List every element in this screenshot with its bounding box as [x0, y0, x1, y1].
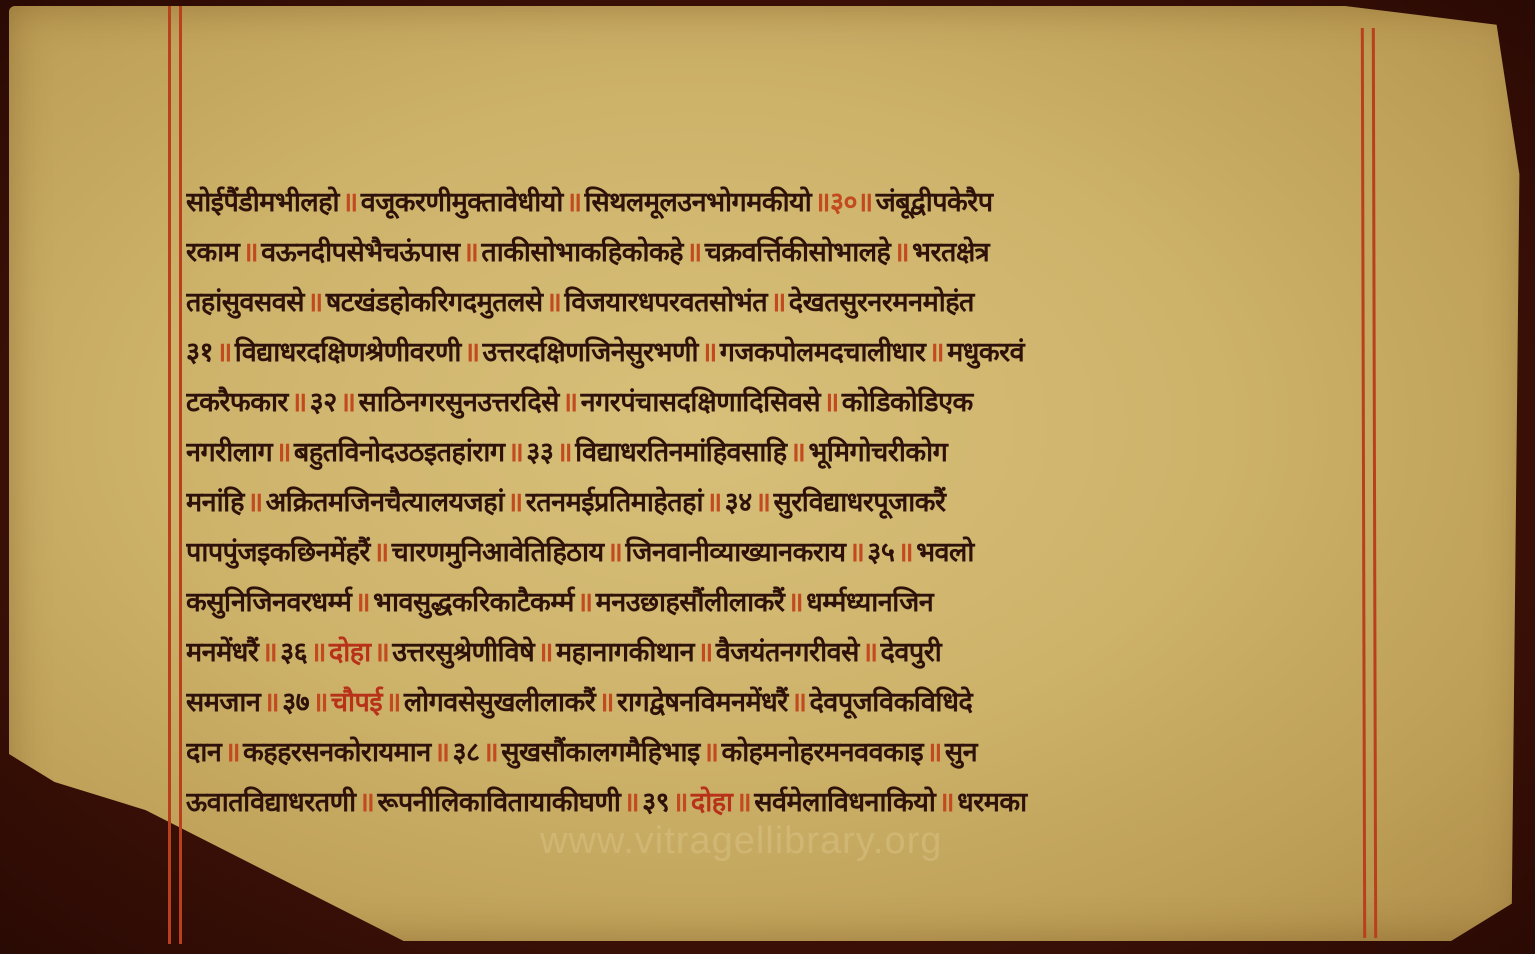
text-segment: वैजयंतनगरीवसे	[716, 637, 859, 668]
verse-separator: ॥	[373, 537, 389, 568]
manuscript-line: तहांसुवसवसे॥षटखंडहोकरिगदमुतलसे॥विजयारधपर…	[186, 278, 1358, 328]
verse-separator: ॥	[307, 287, 323, 318]
text-segment: देखतसुरनरमनमोहंत	[789, 287, 974, 318]
watermark: www.vitragellibrary.org	[540, 820, 942, 863]
text-segment: बहुतविनोदउठइतहांराग	[294, 437, 505, 468]
verse-separator: ॥	[562, 387, 578, 418]
manuscript-line: टकरैफकार॥३२॥साठिनगरसुनउत्तरदिसे॥नगरपंचास…	[186, 378, 1358, 428]
verse-separator: ॥	[359, 787, 375, 818]
verse-separator: ॥	[862, 637, 878, 668]
text-segment: चारणमुनिआवेतिहिठाय	[392, 537, 604, 568]
text-segment: लोगवसेसुखलीलाकरैं	[404, 687, 595, 718]
verse-separator: ॥	[607, 537, 623, 568]
manuscript-line: नगरीलाग॥बहुतविनोदउठइतहांराग॥३३॥विद्याधरत…	[186, 428, 1358, 478]
text-segment: ३३	[526, 437, 553, 468]
verse-separator: ॥	[893, 237, 909, 268]
text-segment: धर्म्मध्यानजिन	[806, 587, 933, 618]
verse-separator: ॥	[697, 637, 713, 668]
text-segment: जिनवानीव्याख्यानकराय	[625, 537, 845, 568]
text-segment: रूपनीलिकावितायाकीघणी	[377, 787, 620, 818]
text-segment: कोडिकोडिएक	[842, 387, 973, 418]
verse-separator: ॥	[434, 737, 450, 768]
manuscript-line: समजान॥३७॥चौपई॥लोगवसेसुखलीलाकरैं॥रागद्वेष…	[186, 678, 1358, 728]
text-segment: धरमका	[957, 787, 1027, 818]
rubric-heading: दोहा	[691, 787, 733, 818]
text-segment: टकरैफकार	[186, 387, 288, 418]
text-segment: ३९	[642, 787, 669, 818]
verse-separator: ॥	[275, 437, 291, 468]
text-segment: अक्रितमजिनचैत्यालयजहां	[266, 487, 504, 518]
text-segment: ३६	[280, 637, 307, 668]
verse-separator: ॥	[577, 587, 593, 618]
verse-separator: ॥	[508, 437, 524, 468]
verse-separator: ॥	[464, 337, 480, 368]
verse-separator: ॥	[342, 187, 358, 218]
text-segment: सुन	[945, 737, 977, 768]
manuscript-line: मनमेंधरैं॥३६॥दोहा॥उत्तरसुश्रेणीविषे॥महान…	[186, 628, 1358, 678]
verse-separator: ॥	[354, 587, 370, 618]
text-segment: उत्तरसुश्रेणीविषे	[392, 637, 534, 668]
verse-separator: ॥	[701, 337, 717, 368]
verse-separator: ॥	[770, 287, 786, 318]
text-segment: कोहमनोहरमनववकाइ	[721, 737, 923, 768]
text-segment: मनउछाहसौंलीलाकरैं	[596, 587, 785, 618]
verse-separator: ॥	[546, 287, 562, 318]
text-segment: मनांहि	[186, 487, 244, 518]
text-segment: ३८	[452, 737, 479, 768]
text-segment: भवलो	[916, 537, 974, 568]
verse-separator: ॥	[224, 737, 240, 768]
text-segment: विद्याधरतिनमांहिवसाहि	[575, 437, 787, 468]
verse-separator: ॥	[463, 237, 479, 268]
text-segment: वऊनदीपसेभैचऊंपास	[261, 237, 460, 268]
text-segment: विद्याधरदक्षिणश्रेणीवरणी	[235, 337, 461, 368]
verse-separator: ॥	[736, 787, 752, 818]
verse-separator: ॥	[672, 787, 688, 818]
text-segment: नगरीलाग	[186, 437, 272, 468]
text-segment: तहांसुवसवसे	[186, 287, 304, 318]
verse-separator: ॥	[823, 387, 839, 418]
verse-separator: ॥	[385, 687, 401, 718]
verse-separator: ॥	[938, 787, 954, 818]
text-segment: भूमिगोचरीकोग	[808, 437, 947, 468]
manuscript-line: सोईपैंडीमभीलहो॥वजूकरणीमुक्तावेधीयो॥सिथलम…	[186, 178, 1358, 228]
verse-separator: ॥	[787, 587, 803, 618]
text-segment: ३४	[725, 487, 752, 518]
text-segment: ३२	[310, 387, 337, 418]
verse-separator: ॥	[261, 637, 277, 668]
verse-separator: ॥	[755, 487, 771, 518]
text-segment: समजान	[186, 687, 260, 718]
text-segment: भरतक्षेत्र	[912, 237, 989, 268]
text-segment: दान	[186, 737, 221, 768]
verse-separator: ॥	[598, 687, 614, 718]
left-margin-rule-inner	[179, 6, 182, 944]
text-segment: गजकपोलमदचालीधार	[720, 337, 926, 368]
manuscript-text-block: सोईपैंडीमभीलहो॥वजूकरणीमुक्तावेधीयो॥सिथलम…	[186, 178, 1358, 828]
verse-separator: ॥	[340, 387, 356, 418]
text-segment: नगरपंचासदक्षिणादिसिवसे	[581, 387, 821, 418]
verse-separator: ॥	[247, 487, 263, 518]
verse-separator: ॥	[312, 687, 328, 718]
verse-separator: ॥	[928, 337, 944, 368]
manuscript-line: मनांहि॥अक्रितमजिनचैत्यालयजहां॥रतनमईप्रति…	[186, 478, 1358, 528]
manuscript-line: रकाम॥वऊनदीपसेभैचऊंपास॥ताकीसोभाकहिकोकहे॥च…	[186, 228, 1358, 278]
text-segment: साठिनगरसुनउत्तरदिसे	[358, 387, 558, 418]
verse-separator: ॥	[623, 787, 639, 818]
verse-separator: ॥	[263, 687, 279, 718]
text-segment: कहहरसनकोरायमान	[243, 737, 431, 768]
text-segment: सर्वमेलाविधनाकियो	[754, 787, 935, 818]
text-segment: ३५	[867, 537, 894, 568]
verse-separator: ॥	[556, 437, 572, 468]
text-segment: कसुनिजिनवरधर्म्म	[186, 587, 351, 618]
verse-separator: ॥	[507, 487, 523, 518]
text-segment: रकाम	[186, 237, 239, 268]
text-segment: रागद्वेषनविमनमेंधरैं	[617, 687, 788, 718]
verse-separator: ॥	[897, 537, 913, 568]
rubric-heading: चौपई	[331, 687, 382, 718]
verse-separator: ॥३०॥	[814, 187, 872, 218]
text-segment: सुरविद्याधरपूजाकरैं	[773, 487, 945, 518]
text-segment: देवपुरी	[881, 637, 942, 668]
verse-separator: ॥	[706, 487, 722, 518]
text-segment: ३१	[186, 337, 213, 368]
text-segment: जंबूद्वीपकेरैप	[876, 187, 993, 218]
text-segment: ऊवातविद्याधरतणी	[186, 787, 356, 818]
manuscript-line: कसुनिजिनवरधर्म्म॥भावसुद्धकरिकाटैकर्म्म॥म…	[186, 578, 1358, 628]
text-segment: पापपुंजइकछिनमेंहरैं	[186, 537, 370, 568]
text-segment: सिथलमूलउनभोगमकीयो	[585, 187, 812, 218]
text-segment: सुखसौंकालगमैहिभाइ	[501, 737, 700, 768]
verse-separator: ॥	[790, 437, 806, 468]
manuscript-line: दान॥कहहरसनकोरायमान॥३८॥सुखसौंकालगमैहिभाइ॥…	[186, 728, 1358, 778]
text-segment: चक्रवर्त्तिकीसोभालहे	[705, 237, 891, 268]
text-segment: ३७	[282, 687, 309, 718]
text-segment: विजयारधपरवतसोभंत	[564, 287, 767, 318]
text-segment: भावसुद्धकरिकाटैकर्म्म	[373, 587, 574, 618]
manuscript-line: ३१॥विद्याधरदक्षिणश्रेणीवरणी॥उत्तरदक्षिणज…	[186, 328, 1358, 378]
rubric-heading: दोहा	[329, 637, 371, 668]
verse-separator: ॥	[310, 637, 326, 668]
verse-separator: ॥	[926, 737, 942, 768]
verse-separator: ॥	[703, 737, 719, 768]
verse-separator: ॥	[483, 737, 499, 768]
verse-separator: ॥	[242, 237, 258, 268]
manuscript-line: पापपुंजइकछिनमेंहरैं॥चारणमुनिआवेतिहिठाय॥ज…	[186, 528, 1358, 578]
text-segment: सोईपैंडीमभीलहो	[186, 187, 339, 218]
verse-separator: ॥	[291, 387, 307, 418]
verse-separator: ॥	[537, 637, 553, 668]
verse-separator: ॥	[216, 337, 232, 368]
text-segment: महानागकीथान	[556, 637, 694, 668]
verse-separator: ॥	[849, 537, 865, 568]
text-segment: देवपूजविकविधिदे	[809, 687, 972, 718]
verse-separator: ॥	[566, 187, 582, 218]
left-margin-rule-outer	[168, 6, 171, 944]
text-segment: मनमेंधरैं	[186, 637, 258, 668]
verse-separator: ॥	[791, 687, 807, 718]
text-segment: मधुकरवं	[947, 337, 1024, 368]
text-segment: उत्तरदक्षिणजिनेसुरभणी	[483, 337, 699, 368]
text-segment: ताकीसोभाकहिकोकहे	[481, 237, 683, 268]
verse-separator: ॥	[374, 637, 390, 668]
verse-separator: ॥	[686, 237, 702, 268]
text-segment: षटखंडहोकरिगदमुतलसे	[326, 287, 543, 318]
text-segment: वजूकरणीमुक्तावेधीयो	[361, 187, 563, 218]
text-segment: रतनमईप्रतिमाहेतहां	[526, 487, 703, 518]
